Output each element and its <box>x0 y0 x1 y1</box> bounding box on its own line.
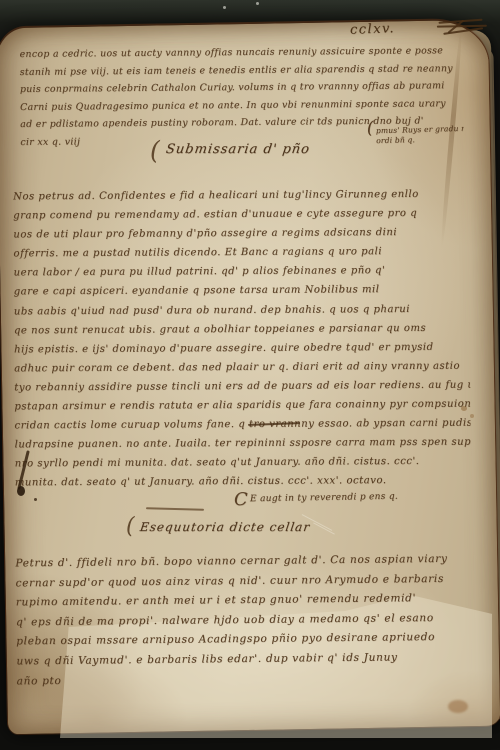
bracket-flourish: ( <box>126 514 135 539</box>
manuscript-line: ubs aabis q'uiud nad pusd' dura ob nuran… <box>14 299 470 321</box>
bracket-flourish: ( <box>367 124 374 134</box>
ink-stain <box>470 414 474 418</box>
dust-speck <box>256 2 259 5</box>
pen-scribble-mark <box>436 15 491 41</box>
bracket-flourish: ( <box>150 136 160 165</box>
marginal-note: ( pmus' Ruys er gradu m' qordi bñ q. <box>376 124 464 145</box>
rubric-heading-2: Esequutoria dicte cellar <box>139 520 311 534</box>
bracket-flourish: C <box>234 489 248 510</box>
manuscript-line: hijs epistis. e ijs' dominayo d'puare as… <box>14 337 470 359</box>
manuscript-photo: cclxv. encop a cedric. uos ut aucty vann… <box>0 0 500 750</box>
ink-stain <box>448 700 468 713</box>
manuscript-line: qe nos sunt renucat ubis. graut a obolhi… <box>14 318 470 340</box>
marginal-note-lines: pmus' Ruys er gradu m' qordi bñ q. <box>376 124 464 145</box>
folio-number: cclxv. <box>350 21 395 38</box>
ink-blot <box>16 450 36 502</box>
text-block-main: Nos petrus ad. Confidentes e fid a heali… <box>13 185 471 493</box>
manuscript-line: nro syrllo pendi mi munita. dat. seato q… <box>15 452 471 474</box>
text-block-bottom: Petrus d'. ffideli nro bñ. bopo vianno c… <box>15 550 472 692</box>
dust-speck <box>223 6 226 9</box>
manuscript-line: granp comend pu remendamy ad. estian d'u… <box>13 204 469 226</box>
rubric-heading-1: Submissaria d' pño <box>165 142 311 157</box>
